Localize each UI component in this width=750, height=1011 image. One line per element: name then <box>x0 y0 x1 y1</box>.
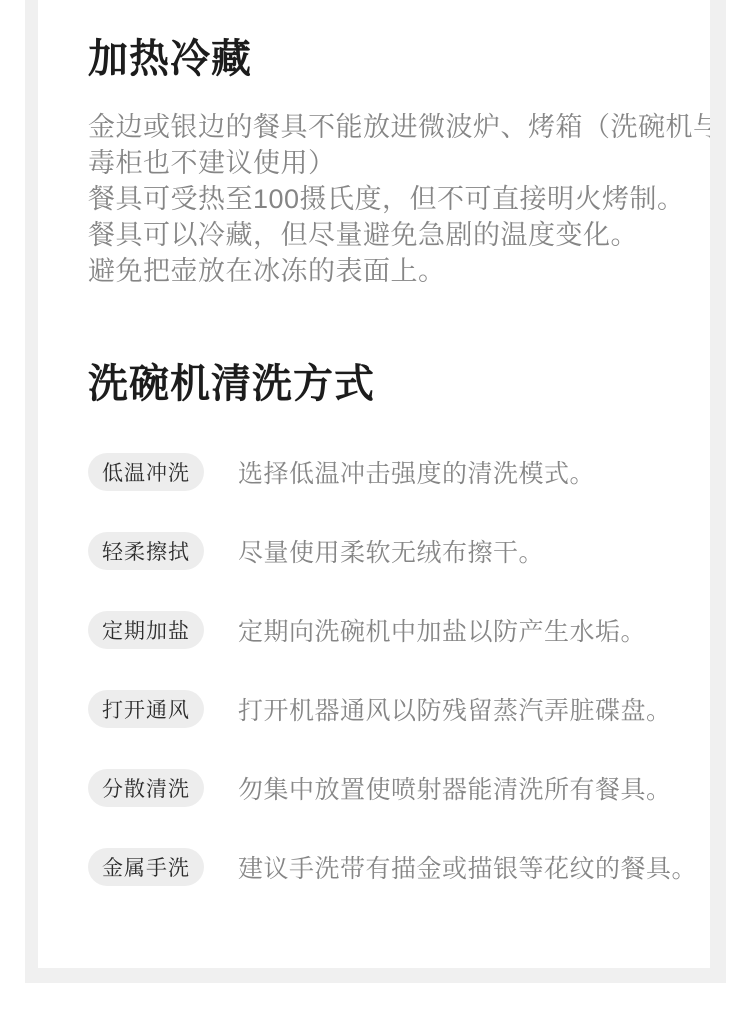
care-tip-tag: 定期加盐 <box>88 611 204 649</box>
heating-note-line: 毒柜也不建议使用） <box>88 145 660 181</box>
care-tip-desc: 勿集中放置使喷射器能清洗所有餐具。 <box>238 770 672 806</box>
care-instructions-card: 加热冷藏 金边或银边的餐具不能放进微波炉、烤箱（洗碗机与消 毒柜也不建议使用） … <box>38 0 710 968</box>
care-tip-tag: 分散清洗 <box>88 769 204 807</box>
heating-notes: 金边或银边的餐具不能放进微波炉、烤箱（洗碗机与消 毒柜也不建议使用） 餐具可受热… <box>88 109 660 289</box>
care-tip-desc: 打开机器通风以防残留蒸汽弄脏碟盘。 <box>238 691 672 727</box>
care-tip-row: 分散清洗 勿集中放置使喷射器能清洗所有餐具。 <box>88 769 660 807</box>
care-tip-desc: 建议手洗带有描金或描银等花纹的餐具。 <box>238 849 697 885</box>
heating-note-line: 避免把壶放在冰冻的表面上。 <box>88 253 660 289</box>
care-tip-row: 打开通风 打开机器通风以防残留蒸汽弄脏碟盘。 <box>88 690 660 728</box>
care-tip-tag: 轻柔擦拭 <box>88 532 204 570</box>
heating-note-line: 金边或银边的餐具不能放进微波炉、烤箱（洗碗机与消 <box>88 109 660 145</box>
section-title-heating: 加热冷藏 <box>88 36 660 82</box>
care-tip-desc: 尽量使用柔软无绒布擦干。 <box>238 533 544 569</box>
dishwasher-tips-list: 低温冲洗 选择低温冲击强度的清洗模式。 轻柔擦拭 尽量使用柔软无绒布擦干。 定期… <box>88 453 660 886</box>
care-tip-desc: 定期向洗碗机中加盐以防产生水垢。 <box>238 612 646 648</box>
section-title-dishwasher: 洗碗机清洗方式 <box>88 361 660 407</box>
care-tip-row: 定期加盐 定期向洗碗机中加盐以防产生水垢。 <box>88 611 660 649</box>
heating-note-line: 餐具可以冷藏，但尽量避免急剧的温度变化。 <box>88 217 660 253</box>
care-tip-tag: 低温冲洗 <box>88 453 204 491</box>
heating-note-line: 餐具可受热至100摄氏度，但不可直接明火烤制。 <box>88 181 660 217</box>
care-tip-desc: 选择低温冲击强度的清洗模式。 <box>238 454 595 490</box>
care-tip-tag: 打开通风 <box>88 690 204 728</box>
care-tip-row: 轻柔擦拭 尽量使用柔软无绒布擦干。 <box>88 532 660 570</box>
care-tip-row: 低温冲洗 选择低温冲击强度的清洗模式。 <box>88 453 660 491</box>
care-tip-row: 金属手洗 建议手洗带有描金或描银等花纹的餐具。 <box>88 848 660 886</box>
care-tip-tag: 金属手洗 <box>88 848 204 886</box>
